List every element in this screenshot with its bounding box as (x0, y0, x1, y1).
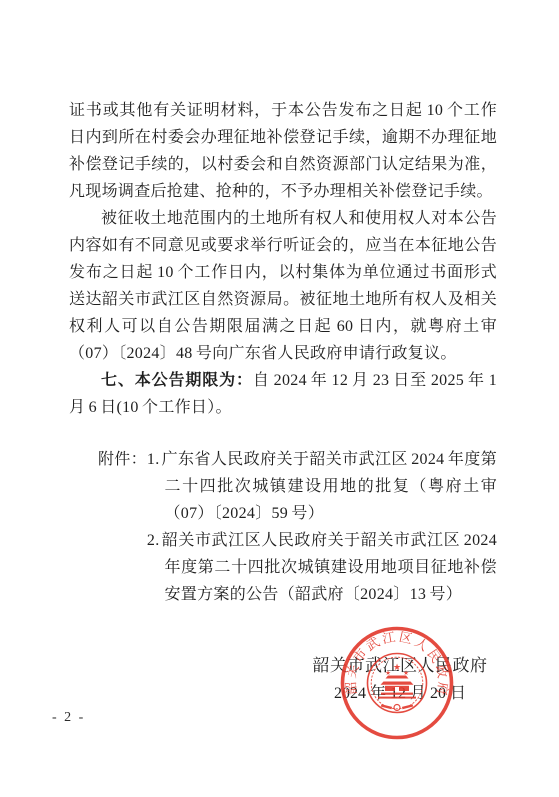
body-text: 证书或其他有关证明材料，于本公告发布之日起 10 个工作日内到所在村委会办理征地… (69, 97, 497, 608)
attachment-number: 1. (147, 451, 162, 468)
attachment-number: 2. (147, 532, 162, 549)
signature-block: 韶关市武江区人民政府 2024 年 12 月 20 日 (300, 655, 500, 705)
attachments-block: 附件： 1.广东省人民政府关于韶关市武江区 2024 年度第二十四批次城镇建设用… (98, 446, 497, 608)
attachment-text: 韶关市武江区人民政府关于韶关市武江区 2024 年度第二十四批次城镇建设用地项目… (162, 532, 497, 603)
paragraph-registration: 证书或其他有关证明材料，于本公告发布之日起 10 个工作日内到所在村委会办理征地… (69, 97, 497, 205)
emblem-gear-icon (394, 705, 400, 711)
paragraph-deadline: 七、本公告期限为：自 2024 年 12 月 23 日至 2025 年 1 月 … (69, 367, 497, 421)
attachments-label: 附件： (98, 446, 147, 473)
document-page: 证书或其他有关证明材料，于本公告发布之日起 10 个工作日内到所在村委会办理征地… (0, 0, 559, 797)
signature-name: 韶关市武江区人民政府 (300, 655, 500, 677)
paragraph-objection: 被征收土地范围内的土地所有权人和使用权人对本公告内容如有不同意见或要求举行听证会… (69, 205, 497, 367)
page-number: - 2 - (52, 710, 85, 726)
attachment-item: 1.广东省人民政府关于韶关市武江区 2024 年度第二十四批次城镇建设用地的批复… (147, 446, 497, 527)
attachment-item: 2.韶关市武江区人民政府关于韶关市武江区 2024 年度第二十四批次城镇建设用地… (147, 527, 497, 608)
deadline-heading: 七、本公告期限为： (101, 372, 253, 389)
attachment-text: 广东省人民政府关于韶关市武江区 2024 年度第二十四批次城镇建设用地的批复（粤… (162, 451, 497, 522)
signature-date: 2024 年 12 月 20 日 (300, 683, 500, 705)
attachments-list: 1.广东省人民政府关于韶关市武江区 2024 年度第二十四批次城镇建设用地的批复… (147, 446, 497, 608)
